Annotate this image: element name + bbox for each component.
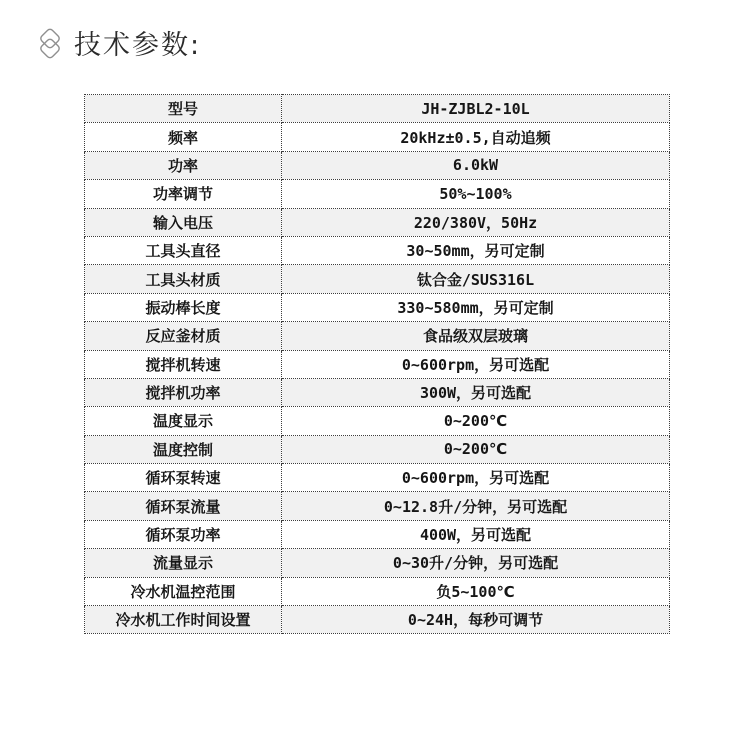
spec-label: 流量显示 bbox=[85, 549, 282, 577]
table-row: 功率调节 50%~100% bbox=[85, 180, 670, 208]
spec-label: 输入电压 bbox=[85, 208, 282, 236]
table-row: 循环泵流量 0~12.8升/分钟，另可选配 bbox=[85, 492, 670, 520]
spec-value: 400W，另可选配 bbox=[282, 520, 670, 548]
table-row: 工具头材质 钛合金/SUS316L bbox=[85, 265, 670, 293]
spec-label: 搅拌机转速 bbox=[85, 350, 282, 378]
spec-value: 220/380V，50Hz bbox=[282, 208, 670, 236]
table-row: 冷水机温控范围 负5~100℃ bbox=[85, 577, 670, 605]
table-row: 型号 JH-ZJBL2-10L bbox=[85, 95, 670, 123]
spec-label: 循环泵转速 bbox=[85, 464, 282, 492]
spec-label: 循环泵功率 bbox=[85, 520, 282, 548]
table-row: 输入电压 220/380V，50Hz bbox=[85, 208, 670, 236]
table-row: 振动棒长度 330~580mm，另可定制 bbox=[85, 293, 670, 321]
table-row: 循环泵转速 0~600rpm，另可选配 bbox=[85, 464, 670, 492]
spec-value: 0~600rpm，另可选配 bbox=[282, 350, 670, 378]
spec-label: 冷水机工作时间设置 bbox=[85, 606, 282, 634]
spec-label: 工具头材质 bbox=[85, 265, 282, 293]
spec-value: JH-ZJBL2-10L bbox=[282, 95, 670, 123]
spec-label: 搅拌机功率 bbox=[85, 378, 282, 406]
table-row: 频率 20kHz±0.5,自动追频 bbox=[85, 123, 670, 151]
spec-label: 循环泵流量 bbox=[85, 492, 282, 520]
section-header: 技术参数: bbox=[32, 27, 201, 65]
spec-table: 型号 JH-ZJBL2-10L 频率 20kHz±0.5,自动追频 功率 6.0… bbox=[84, 94, 670, 634]
spec-value: 20kHz±0.5,自动追频 bbox=[282, 123, 670, 151]
table-row: 循环泵功率 400W，另可选配 bbox=[85, 520, 670, 548]
spec-label: 型号 bbox=[85, 95, 282, 123]
spec-label: 温度控制 bbox=[85, 435, 282, 463]
spec-label: 冷水机温控范围 bbox=[85, 577, 282, 605]
spec-label: 温度显示 bbox=[85, 407, 282, 435]
spec-value: 0~30升/分钟，另可选配 bbox=[282, 549, 670, 577]
spec-value: 0~200℃ bbox=[282, 435, 670, 463]
table-row: 温度控制 0~200℃ bbox=[85, 435, 670, 463]
table-row: 冷水机工作时间设置 0~24H，每秒可调节 bbox=[85, 606, 670, 634]
spec-value: 0~12.8升/分钟，另可选配 bbox=[282, 492, 670, 520]
page: 技术参数: 型号 JH-ZJBL2-10L 频率 20kHz±0.5,自动追频 … bbox=[0, 0, 750, 729]
table-row: 功率 6.0kW bbox=[85, 151, 670, 179]
stacked-diamonds-icon bbox=[32, 27, 68, 65]
spec-label: 功率 bbox=[85, 151, 282, 179]
spec-value: 钛合金/SUS316L bbox=[282, 265, 670, 293]
table-row: 搅拌机转速 0~600rpm，另可选配 bbox=[85, 350, 670, 378]
spec-label: 振动棒长度 bbox=[85, 293, 282, 321]
spec-value: 330~580mm，另可定制 bbox=[282, 293, 670, 321]
spec-value: 0~24H，每秒可调节 bbox=[282, 606, 670, 634]
table-row: 搅拌机功率 300W，另可选配 bbox=[85, 378, 670, 406]
spec-value: 300W，另可选配 bbox=[282, 378, 670, 406]
spec-label: 工具头直径 bbox=[85, 236, 282, 264]
table-row: 温度显示 0~200℃ bbox=[85, 407, 670, 435]
table-row: 反应釜材质 食品级双层玻璃 bbox=[85, 322, 670, 350]
table-row: 流量显示 0~30升/分钟，另可选配 bbox=[85, 549, 670, 577]
spec-value: 0~600rpm，另可选配 bbox=[282, 464, 670, 492]
spec-label: 功率调节 bbox=[85, 180, 282, 208]
spec-value: 0~200℃ bbox=[282, 407, 670, 435]
spec-value: 6.0kW bbox=[282, 151, 670, 179]
spec-label: 反应釜材质 bbox=[85, 322, 282, 350]
spec-value: 负5~100℃ bbox=[282, 577, 670, 605]
table-row: 工具头直径 30~50mm，另可定制 bbox=[85, 236, 670, 264]
spec-value: 50%~100% bbox=[282, 180, 670, 208]
page-title: 技术参数: bbox=[74, 27, 201, 65]
spec-value: 食品级双层玻璃 bbox=[282, 322, 670, 350]
spec-value: 30~50mm，另可定制 bbox=[282, 236, 670, 264]
spec-label: 频率 bbox=[85, 123, 282, 151]
